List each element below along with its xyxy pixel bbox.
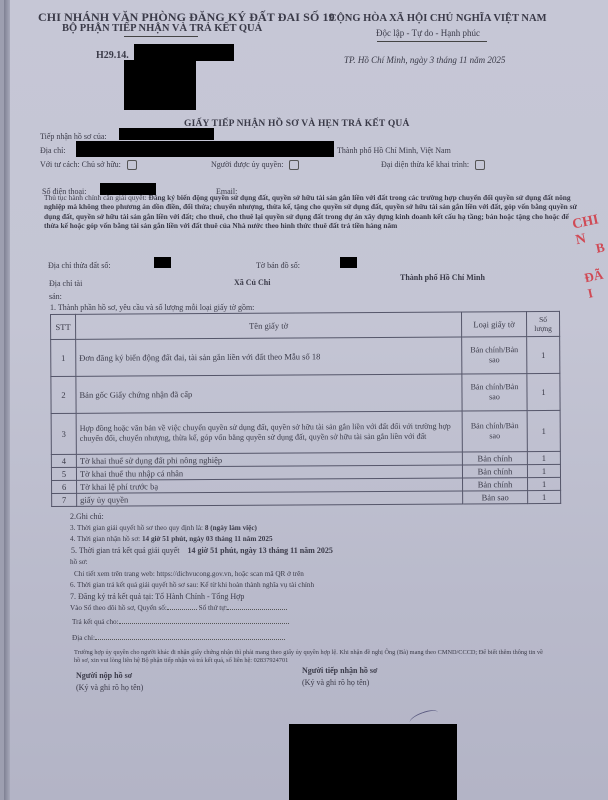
cell-stt: 1 [51,339,76,376]
col-name: Tên giấy tờ [76,312,462,339]
redacted-address [76,141,334,157]
authorized-checkbox[interactable] [289,160,299,170]
note-received-time: 4. Thời gian nhận hồ sơ: 14 giờ 51 phút,… [70,535,273,543]
note-web-detail: Chi tiết xem trên trang web: https://dic… [74,570,304,578]
capacity-owner: Với tư cách: Chủ sở hữu: [40,160,137,170]
cell-qty: 1 [528,477,561,490]
owner-checkbox[interactable] [127,160,137,170]
note-ledger: Vào Sổ theo dõi hồ sơ, Quyển số: Số thứ … [70,604,287,612]
col-qty: Số lượng [526,311,559,336]
header-underline-right [377,41,487,42]
submitter-hint: (Ký và ghi rõ họ tên) [76,683,143,692]
cell-qty: 1 [527,373,560,410]
receiver-hint: (Ký và ghi rõ họ tên) [302,678,369,687]
table-row: 3Hợp đồng hoặc văn bản về việc chuyển qu… [51,410,560,454]
cell-type: Bản chính [462,452,527,465]
cell-qty: 1 [527,451,560,464]
address-suffix: Thành phố Hồ Chí Minh, Việt Nam [337,146,451,155]
heir-checkbox[interactable] [475,160,485,170]
cell-type: Bản chính/Bản sao [462,411,527,452]
return-to-line: Trả kết quả cho: [72,618,289,626]
nation-title: CỘNG HÒA XÃ HỘI CHỦ NGHĨA VIỆT NAM [329,13,547,24]
cell-qty: 1 [527,410,560,451]
cell-type: Bản chính [463,478,528,491]
cell-name: Bản gốc Giấy chứng nhận đã cấp [76,374,462,413]
map-sheet-label: Tờ bản đồ số: [256,261,300,270]
parcel-city: Thành phố Hồ Chí Minh [400,273,485,282]
receiver-title: Người tiếp nhận hồ sơ [302,666,377,675]
header-underline-left [124,36,198,37]
nation-motto: Độc lập - Tự do - Hạnh phúc [376,28,480,38]
cell-type: Bản chính/Bản sao [462,337,527,374]
note-return-place: 7. Đăng ký trả kết quả tại: Tổ Hành Chín… [70,592,244,601]
table-header-row: STT Tên giấy tờ Loại giấy tờ Số lượng [51,311,560,339]
cell-stt: 6 [52,480,77,493]
notes-label: 2.Ghi chú: [70,512,104,521]
authorization-note: Trường hợp ủy quyền cho người khác đi nh… [74,649,544,665]
submitter-title: Người nộp hồ sơ [76,671,132,680]
cell-name: giấy ủy quyền [77,491,463,506]
cell-name: Hợp đồng hoặc văn bản về việc chuyển quy… [76,411,462,454]
cell-stt: 5 [51,467,76,480]
parcel-commune: Xã Củ Chi [234,278,270,287]
note-processing-time: 3. Thời gian giải quyết hồ sơ theo quy đ… [70,524,257,532]
document-page: CHI NHÁNH VĂN PHÒNG ĐĂNG KÝ ĐẤT ĐAI SỐ 1… [4,0,608,800]
org-department: BỘ PHẬN TIẾP NHẬN VÀ TRẢ KẾT QUẢ [62,23,262,34]
note-return-after: 6. Thời gian trả kết quả giải quyết hồ s… [70,581,314,589]
redacted-signature [289,724,457,800]
paper-edge-shadow [4,0,10,800]
redacted-parcel-no [154,257,171,268]
redacted-applicant-name [119,128,214,140]
redacted-block [124,60,196,110]
note-return-time-cont: hồ sơ: [70,558,88,566]
documents-table: STT Tên giấy tờ Loại giấy tờ Số lượng 1Đ… [50,311,561,507]
cell-name: Đơn đăng ký biến động đất đai, tài sản g… [76,337,462,376]
cell-qty: 1 [527,336,560,373]
cell-type: Bản chính/Bản sao [462,374,527,411]
received-from-label: Tiếp nhận hồ sơ của: [40,132,107,141]
col-type: Loại giấy tờ [461,312,526,337]
redacted-file-code [134,44,234,61]
parcel-no-label: Địa chỉ thửa đất số: [48,261,111,270]
cell-stt: 2 [51,376,76,413]
cell-qty: 1 [527,464,560,477]
cell-stt: 4 [51,454,76,467]
address-label: Địa chỉ: [40,146,66,155]
cell-type: Bản chính [462,465,527,478]
cell-stt: 3 [51,413,76,454]
document-title: GIẤY TIẾP NHẬN HỒ SƠ VÀ HẸN TRẢ KẾT QUẢ [184,119,410,129]
capacity-authorized: Người được ủy quyền: [211,160,299,170]
procedure-text: Thủ tục hành chính cần giải quyết: Đăng … [44,193,584,230]
cell-stt: 7 [52,493,77,506]
table-row: 7giấy ủy quyềnBản sao1 [52,490,561,506]
col-stt: STT [51,314,76,339]
table-row: 1Đơn đăng ký biến động đất đai, tài sản … [51,336,560,376]
capacity-heir: Đại diện thừa kế khai trình: [381,160,485,170]
documents-section-label: 1. Thành phần hồ sơ, yêu cầu và số lượng… [50,303,254,312]
redacted-map-sheet [340,257,357,268]
note-return-time: 5. Thời gian trả kết quả giải quyết 14 g… [71,546,333,555]
cell-qty: 1 [528,490,561,503]
stamp-line3: ĐÃ I [583,266,608,302]
place-date: TP. Hồ Chí Minh, ngày 3 tháng 11 năm 202… [344,55,505,65]
asset-address-label: Địa chỉ tài sản: [49,277,91,303]
cell-type: Bản sao [463,491,528,504]
table-row: 2Bản gốc Giấy chứng nhận đã cấpBản chính… [51,373,560,413]
return-address-line: Địa chỉ: [72,634,285,642]
